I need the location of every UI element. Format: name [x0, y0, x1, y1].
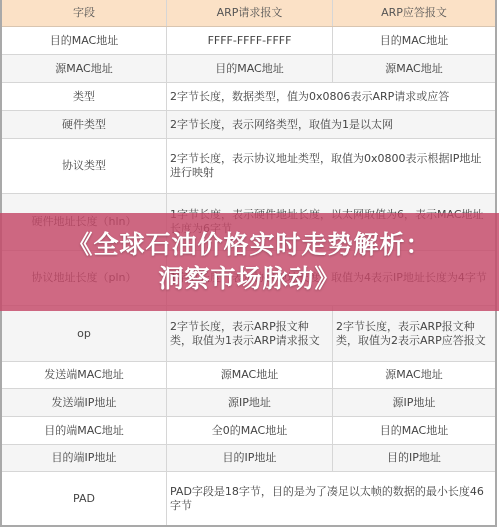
field-name: 协议类型	[2, 139, 167, 193]
reply-value: 目的IP地址	[333, 445, 495, 471]
header-field: 字段	[2, 0, 167, 26]
reply-value: 目的MAC地址	[333, 27, 495, 54]
table-row: op 2字节长度，表示ARP报文种类，取值为1表示ARP请求报文 2字节长度，表…	[2, 306, 495, 362]
merged-value: 2字节长度，数据类型，值为0x0806表示ARP请求或应答	[167, 83, 495, 110]
table-row: 发送端MAC地址 源MAC地址 源MAC地址	[2, 362, 495, 389]
request-value: 2字节长度，表示ARP报文种类，取值为1表示ARP请求报文	[167, 306, 333, 361]
title-banner-overlay: 《全球石油价格实时走势解析： 洞察市场脉动》	[0, 213, 499, 311]
table-row: 硬件类型 2字节长度，表示网络类型，取值为1是以太网	[2, 111, 495, 139]
reply-value: 源MAC地址	[333, 55, 495, 82]
reply-value: 源IP地址	[333, 389, 495, 416]
banner-title-line1: 《全球石油价格实时走势解析：	[67, 228, 431, 262]
header-request: ARP请求报文	[167, 0, 333, 26]
request-value: 源IP地址	[167, 389, 333, 416]
field-name: 源MAC地址	[2, 55, 167, 82]
table-row: 目的端MAC地址 全0的MAC地址 目的MAC地址	[2, 417, 495, 445]
request-value: FFFF-FFFF-FFFF	[167, 27, 333, 54]
field-name: 发送端MAC地址	[2, 362, 167, 388]
table-row: 目的端IP地址 目的IP地址 目的IP地址	[2, 445, 495, 472]
reply-value: 目的MAC地址	[333, 417, 495, 444]
header-reply: ARP应答报文	[333, 0, 495, 26]
merged-value: PAD字段是18字节，目的是为了凑足以太帧的数据的最小长度46字节	[167, 472, 495, 525]
field-name: 目的MAC地址	[2, 27, 167, 54]
table-row: PAD PAD字段是18字节，目的是为了凑足以太帧的数据的最小长度46字节	[2, 472, 495, 527]
table-row: 类型 2字节长度，数据类型，值为0x0806表示ARP请求或应答	[2, 83, 495, 111]
table-header-row: 字段 ARP请求报文 ARP应答报文	[2, 0, 495, 27]
table-row: 目的MAC地址 FFFF-FFFF-FFFF 目的MAC地址	[2, 27, 495, 55]
field-name: 硬件类型	[2, 111, 167, 138]
reply-value: 2字节长度，表示ARP报文种类，取值为2表示ARP应答报文	[333, 306, 495, 361]
merged-value: 2字节长度，表示协议地址类型，取值为0x0800表示根据IP地址进行映射	[167, 139, 495, 193]
request-value: 目的MAC地址	[167, 55, 333, 82]
field-name: PAD	[2, 472, 167, 525]
field-name: op	[2, 306, 167, 361]
banner-title-line2: 洞察市场脉动》	[158, 262, 340, 296]
table-row: 源MAC地址 目的MAC地址 源MAC地址	[2, 55, 495, 83]
field-name: 目的端MAC地址	[2, 417, 167, 444]
field-name: 类型	[2, 83, 167, 110]
request-value: 全0的MAC地址	[167, 417, 333, 444]
field-name: 目的端IP地址	[2, 445, 167, 471]
table-row: 发送端IP地址 源IP地址 源IP地址	[2, 389, 495, 417]
table-row: 协议类型 2字节长度，表示协议地址类型，取值为0x0800表示根据IP地址进行映…	[2, 139, 495, 194]
request-value: 目的IP地址	[167, 445, 333, 471]
reply-value: 源MAC地址	[333, 362, 495, 388]
request-value: 源MAC地址	[167, 362, 333, 388]
merged-value: 2字节长度，表示网络类型，取值为1是以太网	[167, 111, 495, 138]
field-name: 发送端IP地址	[2, 389, 167, 416]
